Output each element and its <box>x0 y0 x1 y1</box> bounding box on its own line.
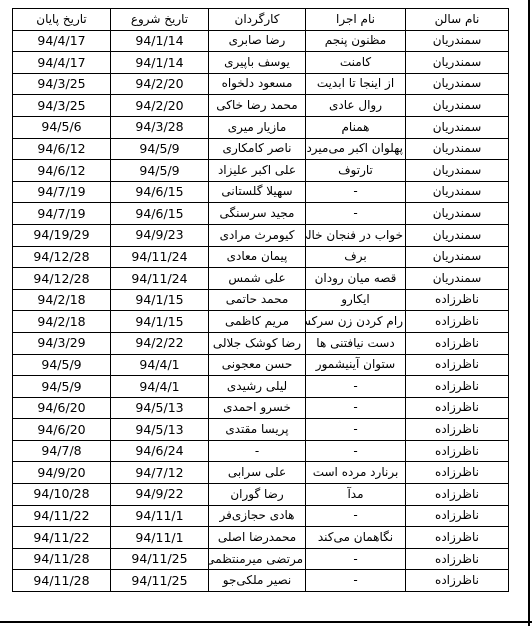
cell-director: خسرو احمدی <box>209 397 306 419</box>
cell-start-date: 94/1/15 <box>111 311 209 333</box>
cell-end-date: 94/3/29 <box>13 332 111 354</box>
cell-end-date: 94/3/25 <box>13 73 111 95</box>
table-row: سمندریانمظنون پنجمرضا صابری94/1/1494/4/1… <box>13 30 509 52</box>
cell-hall: ناظرزاده <box>406 311 509 333</box>
cell-end-date: 94/12/28 <box>13 268 111 290</box>
cell-start-date: 94/4/1 <box>111 354 209 376</box>
cell-hall: ناظرزاده <box>406 419 509 441</box>
cell-end-date: 94/10/28 <box>13 484 111 506</box>
table-row: ناظرزادهایکارومحمد حاتمی94/1/1594/2/18 <box>13 289 509 311</box>
table-row: ناظرزادهبرنارد مرده استعلی سرابی94/7/129… <box>13 462 509 484</box>
cell-director: علی سرابی <box>209 462 306 484</box>
cell-end-date: 94/11/28 <box>13 548 111 570</box>
cell-director: لیلی رشیدی <box>209 376 306 398</box>
cell-performance: خواب در فنجان خالی <box>306 224 406 246</box>
cell-end-date: 94/6/12 <box>13 138 111 160</box>
cell-end-date: 94/6/20 <box>13 419 111 441</box>
cell-performance: - <box>306 397 406 419</box>
cell-start-date: 94/2/22 <box>111 332 209 354</box>
cell-start-date: 94/1/14 <box>111 52 209 74</box>
page: نام سالن نام اجرا کارگردان تاریخ شروع تا… <box>0 0 532 626</box>
table-row: سمندریانبرفپیمان معادی94/11/2494/12/28 <box>13 246 509 268</box>
cell-performance: - <box>306 570 406 592</box>
table-row: سمندریاناز اینجا تا ابدیتمسعود دلخواه94/… <box>13 73 509 95</box>
cell-end-date: 94/12/28 <box>13 246 111 268</box>
cell-hall: سمندریان <box>406 116 509 138</box>
table-row: سمندریانقصه میان رودانعلی شمس94/11/2494/… <box>13 268 509 290</box>
cell-start-date: 94/11/25 <box>111 548 209 570</box>
cell-hall: سمندریان <box>406 181 509 203</box>
cell-start-date: 94/11/25 <box>111 570 209 592</box>
cell-director: یوسف باپیری <box>209 52 306 74</box>
cell-performance: نگاهمان می‌کند <box>306 527 406 549</box>
cell-director: محمدرضا اصلی <box>209 527 306 549</box>
cell-end-date: 94/5/9 <box>13 354 111 376</box>
cell-performance: - <box>306 548 406 570</box>
outer-frame-bottom-border <box>0 621 532 623</box>
cell-start-date: 94/5/13 <box>111 397 209 419</box>
cell-performance: تارتوف <box>306 160 406 182</box>
header-start-date: تاریخ شروع <box>111 9 209 31</box>
cell-director: نصیر ملکی‌جو <box>209 570 306 592</box>
cell-start-date: 94/1/15 <box>111 289 209 311</box>
cell-hall: سمندریان <box>406 30 509 52</box>
table-row: ناظرزادهنگاهمان می‌کندمحمدرضا اصلی94/11/… <box>13 527 509 549</box>
cell-performance: - <box>306 376 406 398</box>
cell-start-date: 94/3/28 <box>111 116 209 138</box>
cell-hall: ناظرزاده <box>406 440 509 462</box>
header-row: نام سالن نام اجرا کارگردان تاریخ شروع تا… <box>13 9 509 31</box>
table-row: ناظرزاده-لیلی رشیدی94/4/194/5/9 <box>13 376 509 398</box>
cell-end-date: 94/5/9 <box>13 376 111 398</box>
cell-hall: سمندریان <box>406 160 509 182</box>
cell-performance: - <box>306 440 406 462</box>
cell-director: علی اکبر علیزاد <box>209 160 306 182</box>
table-row: ناظرزاده-پریسا مقتدی94/5/1394/6/20 <box>13 419 509 441</box>
cell-hall: ناظرزاده <box>406 462 509 484</box>
cell-start-date: 94/5/13 <box>111 419 209 441</box>
cell-end-date: 94/6/12 <box>13 160 111 182</box>
cell-director: رضا گوران <box>209 484 306 506</box>
cell-director: ناصر کامکاری <box>209 138 306 160</box>
table-row: ناظرزاده-خسرو احمدی94/5/1394/6/20 <box>13 397 509 419</box>
table-row: ناظرزادهستوان آینیشمورحسن معجونی94/4/194… <box>13 354 509 376</box>
cell-director: مازیار میری <box>209 116 306 138</box>
cell-performance: ستوان آینیشمور <box>306 354 406 376</box>
cell-performance: - <box>306 419 406 441</box>
table-row: سمندریانروال عادیمحمد رضا خاکی94/2/2094/… <box>13 95 509 117</box>
cell-director: رضا کوشک جلالی <box>209 332 306 354</box>
cell-director: علی شمس <box>209 268 306 290</box>
cell-director: هادی حجازی‌فر <box>209 505 306 527</box>
cell-hall: ناظرزاده <box>406 289 509 311</box>
cell-performance: - <box>306 181 406 203</box>
cell-hall: ناظرزاده <box>406 527 509 549</box>
cell-hall: سمندریان <box>406 224 509 246</box>
cell-start-date: 94/9/22 <box>111 484 209 506</box>
cell-end-date: 94/3/25 <box>13 95 111 117</box>
cell-director: رضا صابری <box>209 30 306 52</box>
table-row: سمندریان-مجید سرسنگی94/6/1594/7/19 <box>13 203 509 225</box>
cell-hall: ناظرزاده <box>406 332 509 354</box>
table-row: سمندریان-سهیلا گلستانی94/6/1594/7/19 <box>13 181 509 203</box>
cell-end-date: 94/4/17 <box>13 52 111 74</box>
cell-end-date: 94/19/29 <box>13 224 111 246</box>
cell-performance: مدآ <box>306 484 406 506</box>
cell-director: محمد رضا خاکی <box>209 95 306 117</box>
table-row: سمندریانتارتوفعلی اکبر علیزاد94/5/994/6/… <box>13 160 509 182</box>
cell-hall: ناظرزاده <box>406 505 509 527</box>
cell-hall: سمندریان <box>406 203 509 225</box>
cell-start-date: 94/11/24 <box>111 246 209 268</box>
header-hall: نام سالن <box>406 9 509 31</box>
cell-director: محمد حاتمی <box>209 289 306 311</box>
cell-hall: سمندریان <box>406 52 509 74</box>
cell-end-date: 94/7/8 <box>13 440 111 462</box>
cell-end-date: 94/4/17 <box>13 30 111 52</box>
cell-end-date: 94/9/20 <box>13 462 111 484</box>
cell-hall: سمندریان <box>406 95 509 117</box>
cell-hall: سمندریان <box>406 246 509 268</box>
cell-end-date: 94/11/22 <box>13 505 111 527</box>
table-row: سمندریانپهلوان اکبر می‌میردناصر کامکاری9… <box>13 138 509 160</box>
cell-end-date: 94/5/6 <box>13 116 111 138</box>
cell-performance: قصه میان رودان <box>306 268 406 290</box>
cell-director: سهیلا گلستانی <box>209 181 306 203</box>
cell-director: مسعود دلخواه <box>209 73 306 95</box>
cell-start-date: 94/9/23 <box>111 224 209 246</box>
cell-end-date: 94/2/18 <box>13 289 111 311</box>
cell-start-date: 94/6/24 <box>111 440 209 462</box>
cell-start-date: 94/1/14 <box>111 30 209 52</box>
cell-performance: روال عادی <box>306 95 406 117</box>
cell-end-date: 94/7/19 <box>13 203 111 225</box>
cell-hall: ناظرزاده <box>406 484 509 506</box>
cell-performance: پهلوان اکبر می‌میرد <box>306 138 406 160</box>
cell-hall: ناظرزاده <box>406 570 509 592</box>
table-row: ناظرزاده-نصیر ملکی‌جو94/11/2594/11/28 <box>13 570 509 592</box>
cell-hall: سمندریان <box>406 138 509 160</box>
cell-start-date: 94/2/20 <box>111 95 209 117</box>
cell-director: کیومرث مرادی <box>209 224 306 246</box>
cell-hall: ناظرزاده <box>406 376 509 398</box>
table-row: ناظرزاده-هادی حجازی‌فر94/11/194/11/22 <box>13 505 509 527</box>
table-row: سمندریانکامنتیوسف باپیری94/1/1494/4/17 <box>13 52 509 74</box>
cell-director: مریم کاظمی <box>209 311 306 333</box>
cell-end-date: 94/7/19 <box>13 181 111 203</box>
cell-hall: ناظرزاده <box>406 548 509 570</box>
table-row: ناظرزادهدست نیافتنی هارضا کوشک جلالی94/2… <box>13 332 509 354</box>
cell-director: - <box>209 440 306 462</box>
cell-hall: ناظرزاده <box>406 397 509 419</box>
cell-director: مرتضی میرمنتظمی <box>209 548 306 570</box>
header-director: کارگردان <box>209 9 306 31</box>
table-row: ناظرزادهمدآرضا گوران94/9/2294/10/28 <box>13 484 509 506</box>
header-end-date: تاریخ پایان <box>13 9 111 31</box>
cell-director: پیمان معادی <box>209 246 306 268</box>
table-body: سمندریانمظنون پنجمرضا صابری94/1/1494/4/1… <box>13 30 509 591</box>
cell-end-date: 94/11/22 <box>13 527 111 549</box>
cell-start-date: 94/5/9 <box>111 138 209 160</box>
cell-director: حسن معجونی <box>209 354 306 376</box>
performance-schedule-table: نام سالن نام اجرا کارگردان تاریخ شروع تا… <box>12 8 509 592</box>
cell-start-date: 94/11/1 <box>111 505 209 527</box>
cell-performance: برنارد مرده است <box>306 462 406 484</box>
cell-performance: ایکارو <box>306 289 406 311</box>
cell-hall: سمندریان <box>406 268 509 290</box>
cell-performance: - <box>306 505 406 527</box>
cell-performance: - <box>306 203 406 225</box>
header-performance: نام اجرا <box>306 9 406 31</box>
table-row: ناظرزادهرام کردن زن سرکشمریم کاظمی94/1/1… <box>13 311 509 333</box>
cell-end-date: 94/2/18 <box>13 311 111 333</box>
cell-start-date: 94/4/1 <box>111 376 209 398</box>
table-row: ناظرزاده-مرتضی میرمنتظمی94/11/2594/11/28 <box>13 548 509 570</box>
cell-performance: همنام <box>306 116 406 138</box>
cell-director: پریسا مقتدی <box>209 419 306 441</box>
cell-performance: رام کردن زن سرکش <box>306 311 406 333</box>
cell-performance: از اینجا تا ابدیت <box>306 73 406 95</box>
cell-hall: سمندریان <box>406 73 509 95</box>
table-row: ناظرزاده--94/6/2494/7/8 <box>13 440 509 462</box>
cell-performance: دست نیافتنی ها <box>306 332 406 354</box>
cell-start-date: 94/2/20 <box>111 73 209 95</box>
cell-end-date: 94/11/28 <box>13 570 111 592</box>
cell-start-date: 94/6/15 <box>111 181 209 203</box>
outer-frame-right-border <box>528 0 530 626</box>
cell-performance: کامنت <box>306 52 406 74</box>
cell-end-date: 94/6/20 <box>13 397 111 419</box>
cell-hall: ناظرزاده <box>406 354 509 376</box>
table-row: سمندریانهمناممازیار میری94/3/2894/5/6 <box>13 116 509 138</box>
cell-performance: مظنون پنجم <box>306 30 406 52</box>
cell-start-date: 94/5/9 <box>111 160 209 182</box>
cell-start-date: 94/11/24 <box>111 268 209 290</box>
table-row: سمندریانخواب در فنجان خالیکیومرث مرادی94… <box>13 224 509 246</box>
cell-start-date: 94/6/15 <box>111 203 209 225</box>
cell-start-date: 94/7/12 <box>111 462 209 484</box>
cell-director: مجید سرسنگی <box>209 203 306 225</box>
cell-start-date: 94/11/1 <box>111 527 209 549</box>
cell-performance: برف <box>306 246 406 268</box>
